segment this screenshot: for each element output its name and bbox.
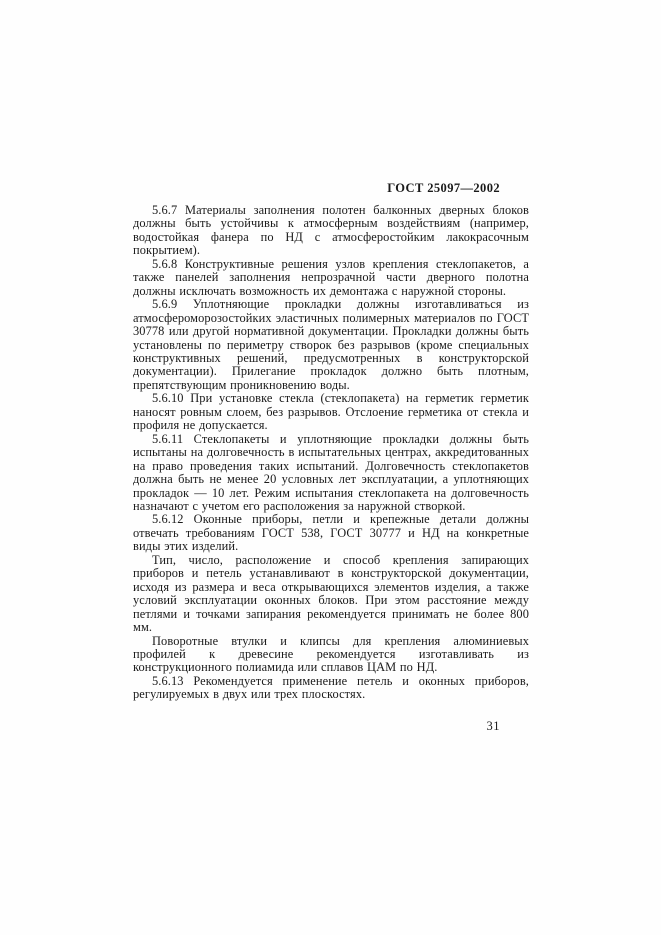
- document-page: ГОСТ 25097—2002 5.6.7 Материалы заполнен…: [0, 0, 661, 935]
- paragraph-5-6-13: 5.6.13 Рекомендуется применение петель и…: [133, 675, 529, 702]
- paragraph-5-6-11: 5.6.11 Стеклопакеты и уплотняющие прокла…: [133, 433, 529, 514]
- running-header-gost-number: ГОСТ 25097—2002: [387, 181, 500, 196]
- paragraph-5-6-7: 5.6.7 Материалы заполнения полотен балко…: [133, 204, 529, 258]
- paragraph-swivel-bushings: Поворотные втулки и клипсы для крепления…: [133, 635, 529, 675]
- document-body: 5.6.7 Материалы заполнения полотен балко…: [133, 204, 529, 702]
- paragraph-5-6-9: 5.6.9 Уплотняющие прокладки должны изгот…: [133, 298, 529, 392]
- paragraph-5-6-12: 5.6.12 Оконные приборы, петли и крепежны…: [133, 513, 529, 553]
- paragraph-5-6-8: 5.6.8 Конструктивные решения узлов крепл…: [133, 258, 529, 298]
- paragraph-5-6-10: 5.6.10 При установке стекла (стеклопакет…: [133, 392, 529, 432]
- page-number: 31: [487, 719, 501, 734]
- paragraph-fittings-placement: Тип, число, расположение и способ крепле…: [133, 554, 529, 635]
